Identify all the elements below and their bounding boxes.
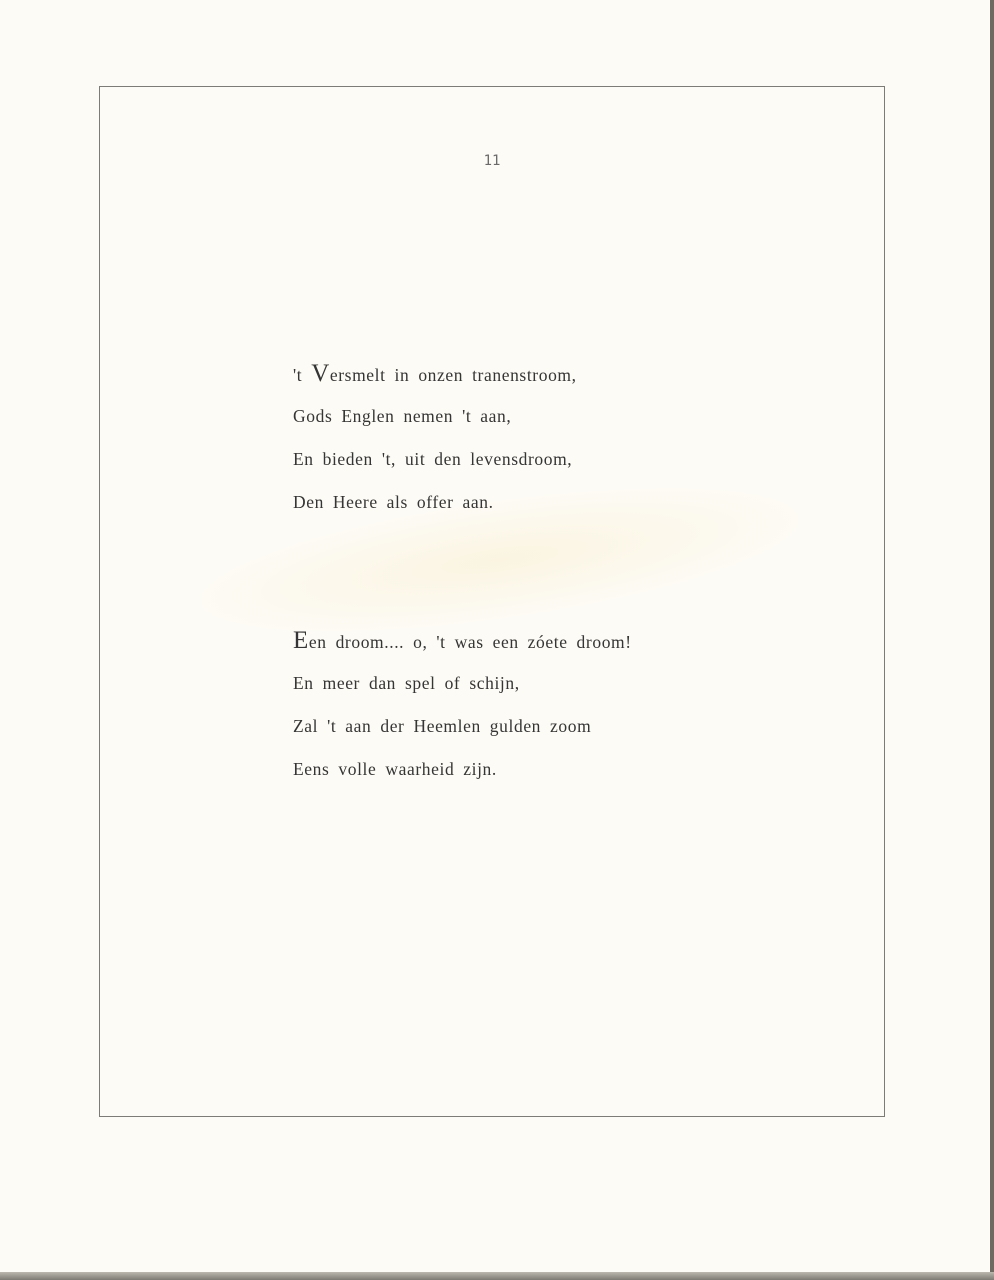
verse-line: Zal 't aan der Heemlen gulden zoom <box>293 705 632 748</box>
verse-line: Gods Englen nemen 't aan, <box>293 395 577 438</box>
verse-rest: ersmelt in onzen tranenstroom, <box>330 365 577 385</box>
verse-prefix: 't <box>293 365 311 385</box>
verse-line: Eens volle waarheid zijn. <box>293 748 632 791</box>
verse-line: En bieden 't, uit den levensdroom, <box>293 438 577 481</box>
verse-line: En meer dan spel of schijn, <box>293 662 632 705</box>
page-frame: 11 't Versmelt in onzen tranenstroom, Go… <box>99 86 885 1117</box>
initial-capital: V <box>311 360 330 387</box>
verse-line: Den Heere als offer aan. <box>293 481 577 524</box>
verse-line: 't Versmelt in onzen tranenstroom, <box>293 352 577 395</box>
page-edge-right <box>990 0 994 1280</box>
page-edge-bottom <box>0 1272 994 1280</box>
stanza-1: 't Versmelt in onzen tranenstroom, Gods … <box>293 352 577 524</box>
initial-capital: E <box>293 627 309 654</box>
verse-rest: en droom.... o, 't was een zóete droom! <box>309 632 632 652</box>
stanza-2: Een droom.... o, 't was een zóete droom!… <box>293 619 632 791</box>
page-number: 11 <box>100 153 884 169</box>
verse-line: Een droom.... o, 't was een zóete droom! <box>293 619 632 662</box>
